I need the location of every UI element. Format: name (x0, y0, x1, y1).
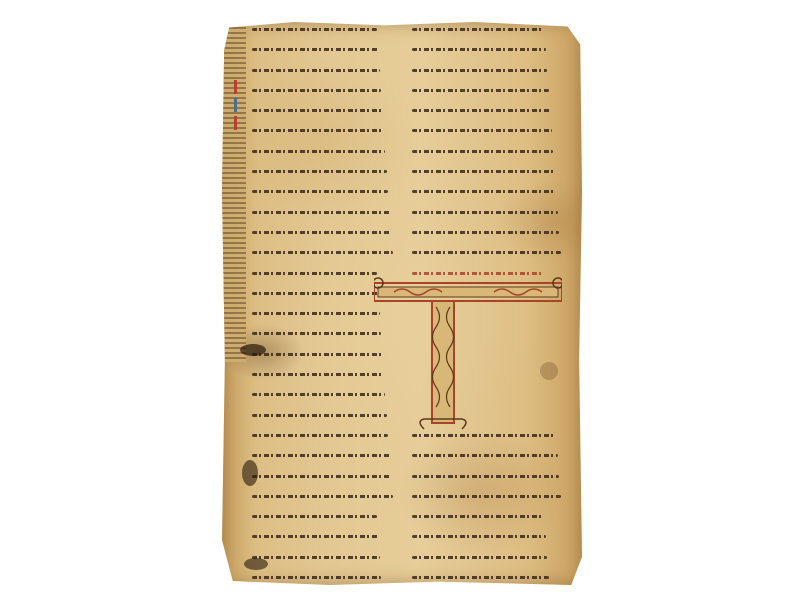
script-line (412, 515, 544, 518)
script-line (252, 535, 378, 538)
script-line (252, 211, 390, 214)
script-line (412, 109, 550, 112)
stain (540, 362, 558, 380)
script-line (412, 272, 544, 275)
script-line (412, 28, 544, 31)
script-line (412, 251, 561, 254)
script-line (412, 475, 559, 478)
manuscript-leaf (222, 22, 582, 585)
script-line (412, 190, 556, 193)
script-line (252, 89, 381, 92)
script-line (252, 332, 381, 335)
script-line (412, 89, 549, 92)
script-line (412, 211, 558, 214)
script-line (252, 495, 393, 498)
script-line (252, 434, 388, 437)
script-line (412, 69, 547, 72)
script-line (252, 48, 378, 51)
script-line (252, 576, 381, 579)
script-line (412, 170, 555, 173)
script-line (252, 69, 380, 72)
script-line (252, 170, 387, 173)
script-line (252, 251, 393, 254)
red-initial-mark (234, 116, 237, 130)
script-line (252, 393, 385, 396)
script-line (252, 414, 387, 417)
script-line (252, 272, 377, 275)
script-line (252, 150, 385, 153)
script-line (252, 129, 384, 132)
script-line (252, 353, 383, 356)
script-line (412, 129, 552, 132)
damage-hole (242, 460, 258, 486)
script-line (412, 556, 547, 559)
damage-hole (240, 344, 266, 356)
script-line (252, 556, 380, 559)
damage-hole (244, 558, 268, 570)
script-line (252, 312, 380, 315)
script-line (412, 231, 559, 234)
script-line (412, 454, 558, 457)
left-text-column (252, 28, 394, 596)
script-line (412, 576, 549, 579)
script-line (252, 109, 383, 112)
script-line (252, 454, 390, 457)
script-line (412, 150, 553, 153)
script-line (412, 495, 561, 498)
red-initial-mark (234, 80, 237, 94)
script-line (252, 475, 391, 478)
blue-initial-mark (234, 98, 237, 112)
script-line (252, 373, 384, 376)
binding-strip (222, 22, 246, 362)
script-line (252, 515, 377, 518)
script-line (252, 190, 388, 193)
script-line (252, 231, 391, 234)
decorated-initial-t (374, 277, 562, 435)
script-line (252, 292, 378, 295)
script-line (252, 28, 377, 31)
script-line (412, 535, 546, 538)
script-line (412, 48, 546, 51)
